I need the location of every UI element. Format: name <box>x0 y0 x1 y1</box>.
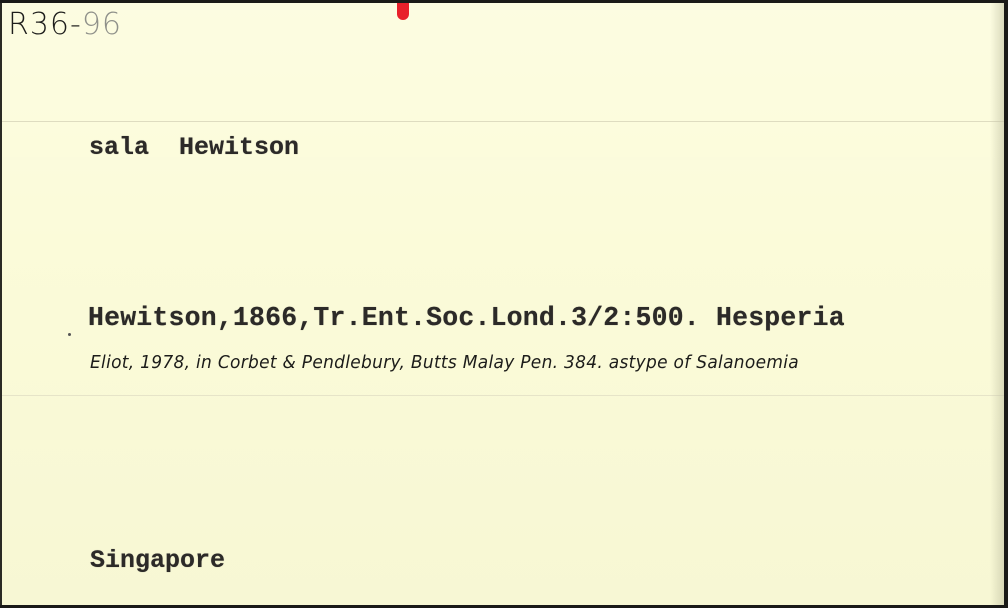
catalog-number-suffix: 96 <box>82 7 122 42</box>
red-tab-marker <box>397 3 409 20</box>
ruled-line <box>2 395 1004 396</box>
index-card: R36-96 sala Hewitson Hewitson,1866,Tr.En… <box>0 3 1004 605</box>
catalog-number: R36-96 <box>8 7 122 42</box>
type-locality: Singapore <box>90 546 225 575</box>
handwritten-annotation: Eliot, 1978, in Corbet & Pendlebury, But… <box>90 353 799 374</box>
original-reference: Hewitson,1866,Tr.Ent.Soc.Lond.3/2:500. H… <box>88 303 845 333</box>
dot-mark <box>68 333 71 336</box>
catalog-number-prefix: R36- <box>8 7 82 42</box>
species-name: sala Hewitson <box>89 133 299 162</box>
ruled-line <box>2 121 1004 122</box>
